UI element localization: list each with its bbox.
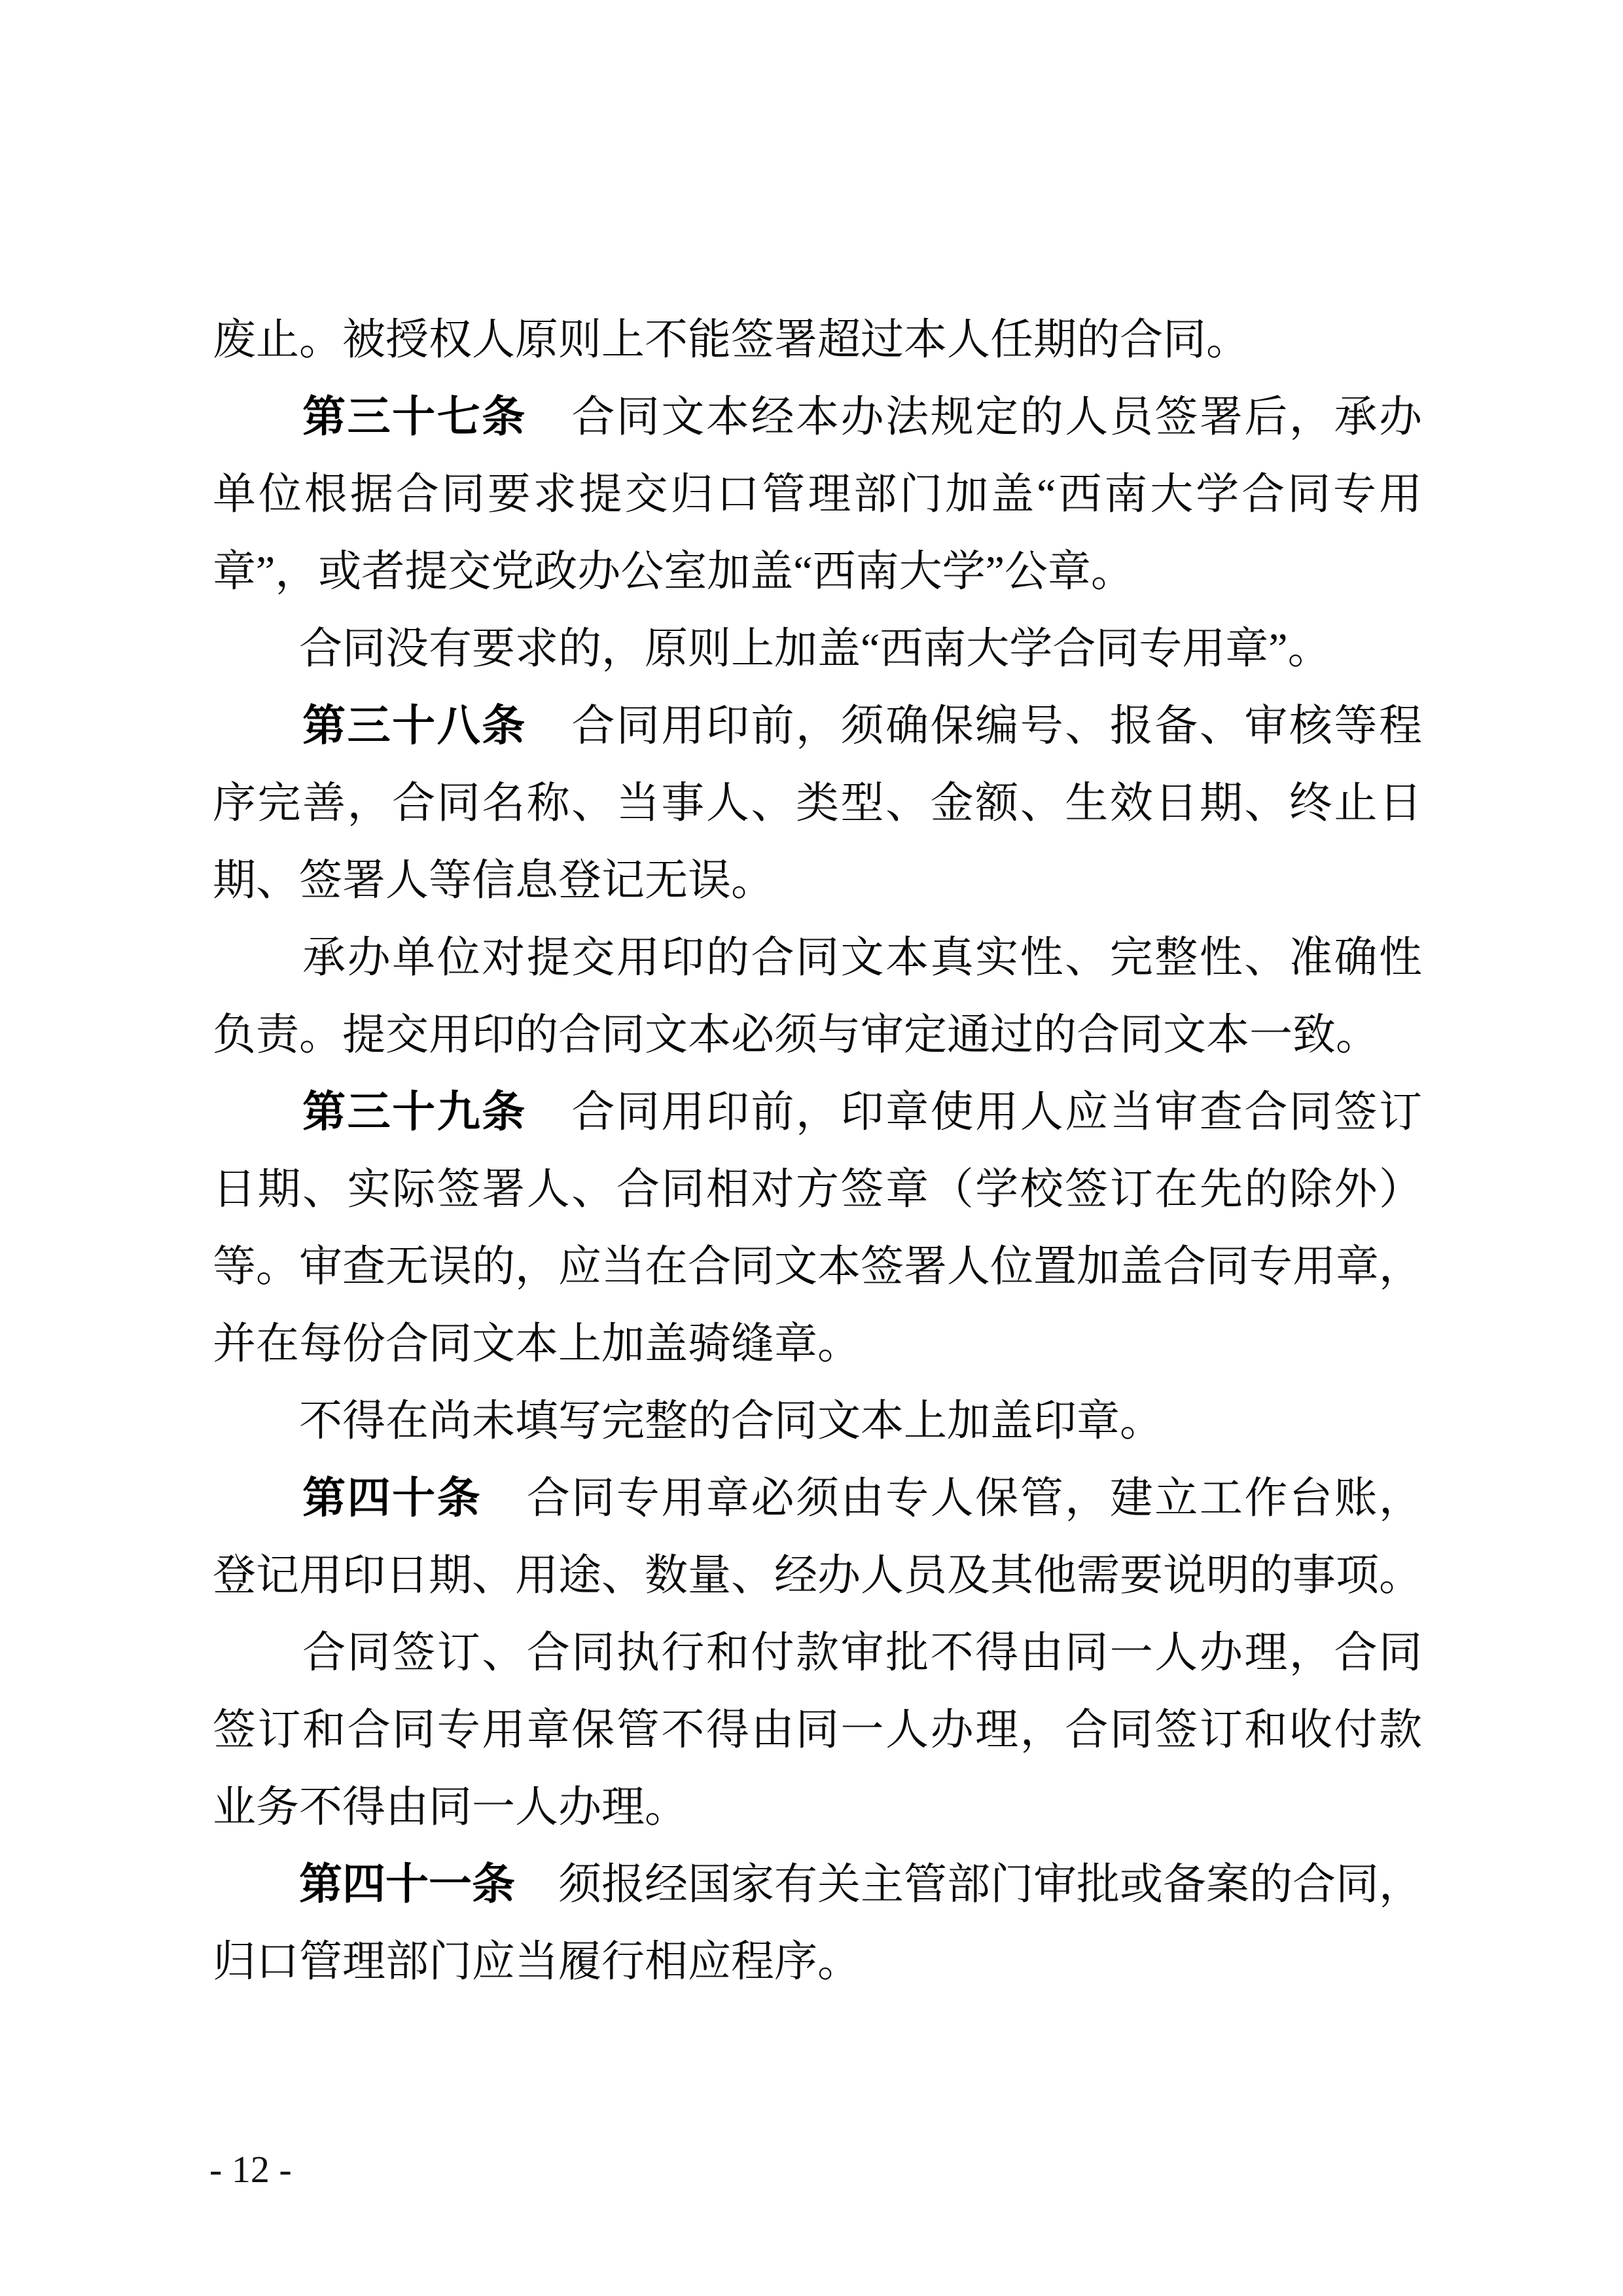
page-number: - 12 - xyxy=(209,2147,292,2193)
article-number-bold: 第四十一条 xyxy=(213,1859,515,1908)
document-body: 废止。被授权人原则上不能签署超过本人任期的合同。 第三十七条 合同文本经本办法规… xyxy=(213,300,1422,2000)
line-text: 合同签订、合同执行和付款审批不得由同一人办理，合同 xyxy=(213,1629,1422,1677)
text-line: 第四十一条 须报经国家有关主管部门审批或备案的合同， xyxy=(213,1845,1422,1922)
text-line: 期、签署人等信息登记无误。 xyxy=(213,841,1422,918)
line-text: 废止。被授权人原则上不能签署超过本人任期的合同。 xyxy=(213,316,1249,364)
line-text: 序完善，合同名称、当事人、类型、金额、生效日期、终止日 xyxy=(213,780,1422,827)
line-text: 日期、实际签署人、合同相对方签章（学校签订在先的除外） xyxy=(213,1166,1422,1213)
text-line: 等。审查无误的，应当在合同文本签署人位置加盖合同专用章， xyxy=(213,1227,1422,1304)
text-line: 负责。提交用印的合同文本必须与审定通过的合同文本一致。 xyxy=(213,996,1422,1073)
text-line: 第三十八条 合同用印前，须确保编号、报备、审核等程 xyxy=(213,687,1422,764)
line-text: 并在每份合同文本上加盖骑缝章。 xyxy=(213,1320,861,1368)
line-text: 签订和合同专用章保管不得由同一人办理，合同签订和收付款 xyxy=(213,1706,1422,1754)
line-text: 业务不得由同一人办理。 xyxy=(213,1784,688,1831)
text-line: 归口管理部门应当履行相应程序。 xyxy=(213,1922,1422,2000)
line-text: 登记用印日期、用途、数量、经办人员及其他需要说明的事项。 xyxy=(213,1552,1422,1600)
line-text: 合同没有要求的，原则上加盖“西南大学合同专用章”。 xyxy=(213,625,1331,673)
article-number-bold: 第四十条 xyxy=(213,1473,482,1522)
text-line: 日期、实际签署人、合同相对方签章（学校签订在先的除外） xyxy=(213,1150,1422,1227)
text-line: 承办单位对提交用印的合同文本真实性、完整性、准确性 xyxy=(213,918,1422,996)
line-text: 期、签署人等信息登记无误。 xyxy=(213,857,774,905)
line-text: 单位根据合同要求提交归口管理部门加盖“西南大学合同专用 xyxy=(213,471,1422,518)
article-number-bold: 第三十九条 xyxy=(213,1087,527,1136)
line-text: 合同用印前，须确保编号、报备、审核等程 xyxy=(527,702,1422,750)
article-number-bold: 第三十八条 xyxy=(213,701,527,749)
line-text: 负责。提交用印的合同文本必须与审定通过的合同文本一致。 xyxy=(213,1011,1379,1059)
text-line: 并在每份合同文本上加盖骑缝章。 xyxy=(213,1304,1422,1382)
line-text: 合同专用章必须由专人保管，建立工作台账， xyxy=(482,1475,1422,1522)
text-line: 序完善，合同名称、当事人、类型、金额、生效日期、终止日 xyxy=(213,764,1422,841)
line-text: 合同用印前，印章使用人应当审查合同签订 xyxy=(527,1088,1422,1136)
line-text: 等。审查无误的，应当在合同文本签署人位置加盖合同专用章， xyxy=(213,1243,1422,1291)
text-line: 登记用印日期、用途、数量、经办人员及其他需要说明的事项。 xyxy=(213,1536,1422,1613)
text-line: 章”，或者提交党政办公室加盖“西南大学”公章。 xyxy=(213,532,1422,609)
line-text: 归口管理部门应当履行相应程序。 xyxy=(213,1938,861,1986)
article-number-bold: 第三十七条 xyxy=(213,392,527,440)
text-line: 合同没有要求的，原则上加盖“西南大学合同专用章”。 xyxy=(213,609,1422,687)
text-line: 合同签订、合同执行和付款审批不得由同一人办理，合同 xyxy=(213,1613,1422,1691)
document-page: 废止。被授权人原则上不能签署超过本人任期的合同。 第三十七条 合同文本经本办法规… xyxy=(0,0,1623,2296)
text-line: 签订和合同专用章保管不得由同一人办理，合同签订和收付款 xyxy=(213,1691,1422,1768)
line-text: 须报经国家有关主管部门审批或备案的合同， xyxy=(515,1861,1422,1909)
line-text: 承办单位对提交用印的合同文本真实性、完整性、准确性 xyxy=(213,934,1422,982)
text-line: 第三十七条 合同文本经本办法规定的人员签署后，承办 xyxy=(213,378,1422,455)
text-line: 第四十条 合同专用章必须由专人保管，建立工作台账， xyxy=(213,1459,1422,1536)
text-line: 单位根据合同要求提交归口管理部门加盖“西南大学合同专用 xyxy=(213,455,1422,532)
line-text: 合同文本经本办法规定的人员签署后，承办 xyxy=(527,393,1422,441)
text-line: 业务不得由同一人办理。 xyxy=(213,1768,1422,1845)
text-line: 不得在尚未填写完整的合同文本上加盖印章。 xyxy=(213,1382,1422,1459)
line-text: 章”，或者提交党政办公室加盖“西南大学”公章。 xyxy=(213,548,1134,596)
line-text: 不得在尚未填写完整的合同文本上加盖印章。 xyxy=(213,1397,1163,1445)
text-line: 废止。被授权人原则上不能签署超过本人任期的合同。 xyxy=(213,300,1422,378)
text-line: 第三十九条 合同用印前，印章使用人应当审查合同签订 xyxy=(213,1073,1422,1150)
